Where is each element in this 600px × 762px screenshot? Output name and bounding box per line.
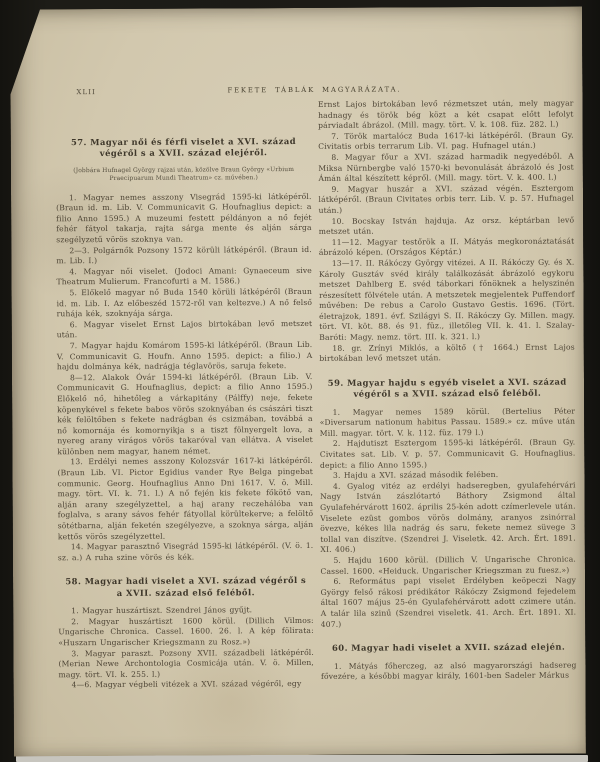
catalog-entry: 8—12. Alakok Óvár 1594-ki látképéről. (B… (57, 372, 313, 458)
text-columns: 57. Magyar női és férfi viselet a XVI. s… (56, 99, 577, 753)
book-page: XLII FEKETE TÁBLÁK MAGYARÁZATA. 57. Magy… (10, 7, 586, 757)
catalog-entry: 18. gr. Zrínyi Miklós, a költő († 1664.)… (319, 342, 575, 365)
catalog-entry: 5. Előkelő magyar nő Buda 1540 körüli lá… (57, 287, 313, 320)
page-number: XLII (76, 88, 96, 96)
catalog-entry: 6. Református papi viselet Erdélyben keö… (321, 576, 577, 630)
section-caption: (Jobbára Hufnagel György rajzai után, kö… (65, 166, 303, 184)
catalog-entry: 4. Magyar női viselet. (Jodoci Amani: Gy… (56, 266, 312, 289)
section-heading: 59. Magyar hajdu s egyéb viselet a XVI. … (324, 376, 570, 400)
catalog-entry: 13—17. II. Rákóczy György vitézei. A II.… (319, 257, 575, 343)
catalog-entry: 9. Magyar huszár a XVI. század végén. Es… (318, 183, 574, 216)
section-heading: 57. Magyar női és férfi viselet a XVI. s… (61, 136, 307, 160)
catalog-entry: 1. Magyar nemes asszony Visegrád 1595-ki… (56, 192, 312, 246)
running-header: FEKETE TÁBLÁK MAGYARÁZATA. (55, 85, 573, 96)
catalog-entry: 10. Bocskay István hajduja. Az orsz. kép… (319, 215, 575, 238)
catalog-entry: 2. Magyar huszártiszt 1600 körül. (Dilli… (58, 616, 314, 649)
catalog-entry: Ernst Lajos birtokában levő rézmetszet u… (318, 99, 574, 132)
catalog-entry: 1. Mátyás főherczeg, az alsó magyarorszá… (321, 660, 577, 683)
section-heading: 58. Magyar hadi viselet a XVI. század vé… (63, 575, 309, 599)
bottom-page-edge (16, 755, 588, 762)
catalog-entry: 5. Hajdu 1600 körül. (Dillich V. Ungaris… (320, 555, 576, 578)
catalog-entry: 7. Magyar hajdu Komárom 1595-ki látképér… (57, 340, 313, 373)
catalog-entry: 13. Erdélyi nemes asszony Kolozsvár 1617… (57, 456, 313, 542)
catalog-entry: 3. Magyar paraszt. Pozsony XVII. századb… (58, 648, 314, 681)
section-heading: 60. Magyar hadi viselet a XVII. század e… (326, 642, 572, 655)
catalog-entry: 14. Magyar parasztnő Visegrád 1595-ki lá… (58, 541, 314, 564)
left-column: 57. Magyar női és férfi viselet a XVI. s… (56, 100, 315, 752)
page-header: XLII FEKETE TÁBLÁK MAGYARÁZATA. (55, 85, 573, 100)
catalog-entry: 8. Magyar főur a XVI. század harmadik ne… (318, 152, 574, 185)
catalog-entry: 4. Gyalog vitéz az erdélyi hadseregben, … (320, 480, 576, 555)
catalog-entry: 2—3. Polgárnők Pozsony 1572 körüli látké… (56, 245, 312, 268)
catalog-entry: 2. Hajdutiszt Esztergom 1595-ki látképér… (320, 438, 576, 471)
catalog-entry: 7. Török martalócz Buda 1617-ki látképér… (318, 130, 574, 153)
catalog-entry: 11—12. Magyar testőrök a II. Mátyás megk… (319, 236, 575, 259)
catalog-entry: 1. Magyar nemes 1589 körül. (Bertelius P… (320, 406, 576, 439)
catalog-entry: 6. Magyar viselet Ernst Lajos birtokában… (57, 319, 313, 342)
catalog-entry: 4—6. Magyar végbeli vitézek a XVI. száza… (59, 679, 315, 691)
right-column: Ernst Lajos birtokában levő rézmetszet u… (318, 99, 577, 751)
